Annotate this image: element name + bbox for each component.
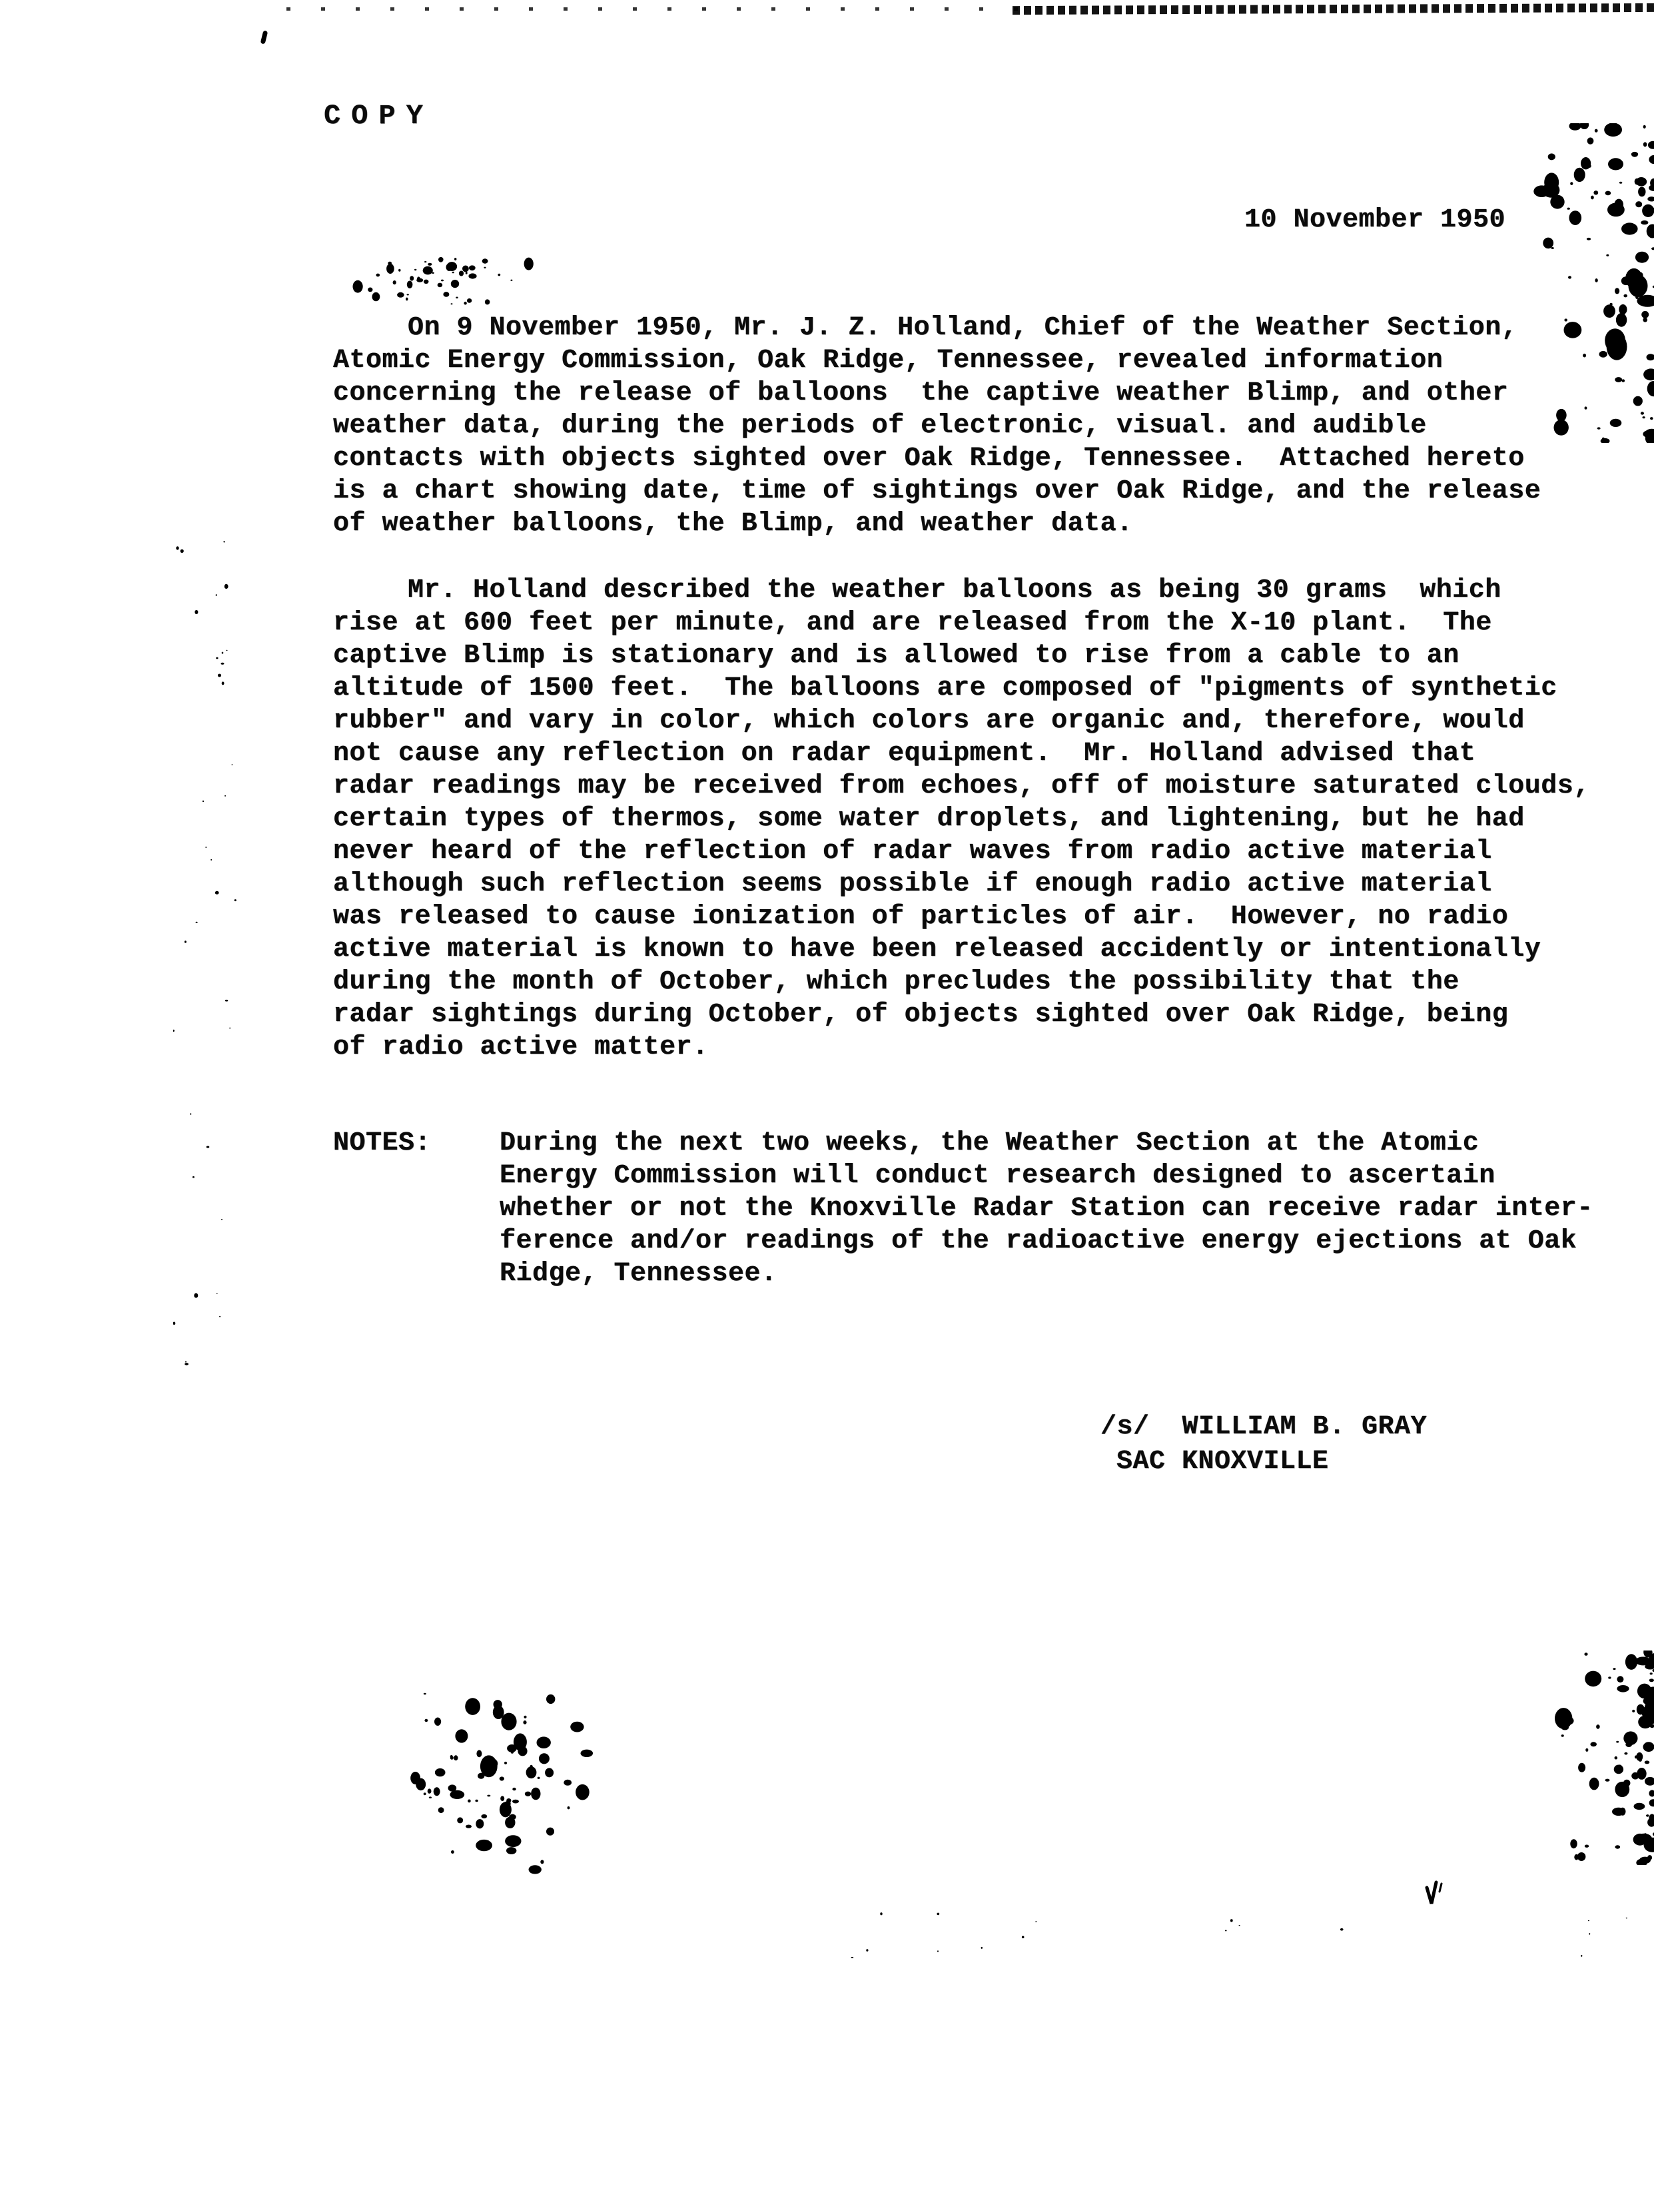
text-line: certain types of thermos, some water dro… — [333, 803, 1590, 835]
ink-smudge-paragraph-top — [343, 240, 543, 318]
scan-noise-top-sparse — [286, 7, 1019, 11]
text-line: Atomic Energy Commission, Oak Ridge, Ten… — [333, 344, 1541, 377]
ink-blot-bottom-right — [1552, 1651, 1654, 1865]
notes-body: During the next two weeks, the Weather S… — [500, 1127, 1593, 1290]
text-line: active material is known to have been re… — [333, 933, 1590, 966]
margin-specks-left — [173, 540, 236, 1379]
ink-blot-top-right — [1525, 123, 1654, 443]
paragraph: Mr. Holland described the weather balloo… — [333, 574, 1590, 1064]
text-line: although such reflection seems possible … — [333, 868, 1590, 901]
text-line: rise at 600 feet per minute, and are rel… — [333, 607, 1590, 639]
check-mark — [1424, 1880, 1447, 1908]
signature-office-line: SAC KNOXVILLE — [1116, 1445, 1329, 1478]
pen-mark-top-left — [260, 30, 268, 44]
text-line: whether or not the Knoxville Radar Stati… — [500, 1192, 1593, 1225]
text-line: concerning the release of balloons the c… — [333, 377, 1541, 410]
text-line: Mr. Holland described the weather balloo… — [333, 574, 1590, 607]
text-line: during the month of October, which precl… — [333, 966, 1590, 998]
ink-blot-bottom-left — [398, 1678, 598, 1878]
scanned-document-page: COPY 10 November 1950 On 9 November 1950… — [0, 0, 1654, 2212]
text-line: is a chart showing date, time of sightin… — [333, 475, 1541, 508]
text-line: During the next two weeks, the Weather S… — [500, 1127, 1593, 1160]
text-line: captive Blimp is stationary and is allow… — [333, 639, 1590, 672]
text-line: of radio active matter. — [333, 1031, 1590, 1064]
notes-label: NOTES: — [333, 1127, 431, 1160]
text-line: ference and/or readings of the radioacti… — [500, 1225, 1593, 1258]
text-line: not cause any reflection on radar equipm… — [333, 737, 1590, 770]
signature-line: /s/ WILLIAM B. GRAY — [1100, 1411, 1427, 1443]
text-line: weather data, during the periods of elec… — [333, 410, 1541, 442]
text-line: Energy Commission will conduct research … — [500, 1160, 1593, 1192]
text-line: contacts with objects sighted over Oak R… — [333, 442, 1541, 475]
text-line: radar readings may be received from echo… — [333, 770, 1590, 803]
text-line: of weather balloons, the Blimp, and weat… — [333, 508, 1541, 540]
copy-stamp: COPY — [324, 100, 434, 133]
text-line: rubber" and vary in color, which colors … — [333, 705, 1590, 737]
text-line: On 9 November 1950, Mr. J. Z. Holland, C… — [333, 312, 1541, 344]
scan-noise-top-dense — [1013, 3, 1654, 15]
document-date: 10 November 1950 — [1244, 204, 1505, 236]
scan-noise-bottom — [826, 1908, 1652, 1958]
text-line: altitude of 1500 feet. The balloons are … — [333, 672, 1590, 705]
text-line: Ridge, Tennessee. — [500, 1258, 1593, 1290]
text-line: radar sightings during October, of objec… — [333, 998, 1590, 1031]
text-line: was released to cause ionization of part… — [333, 901, 1590, 933]
paragraph: On 9 November 1950, Mr. J. Z. Holland, C… — [333, 312, 1541, 540]
text-line: never heard of the reflection of radar w… — [333, 835, 1590, 868]
